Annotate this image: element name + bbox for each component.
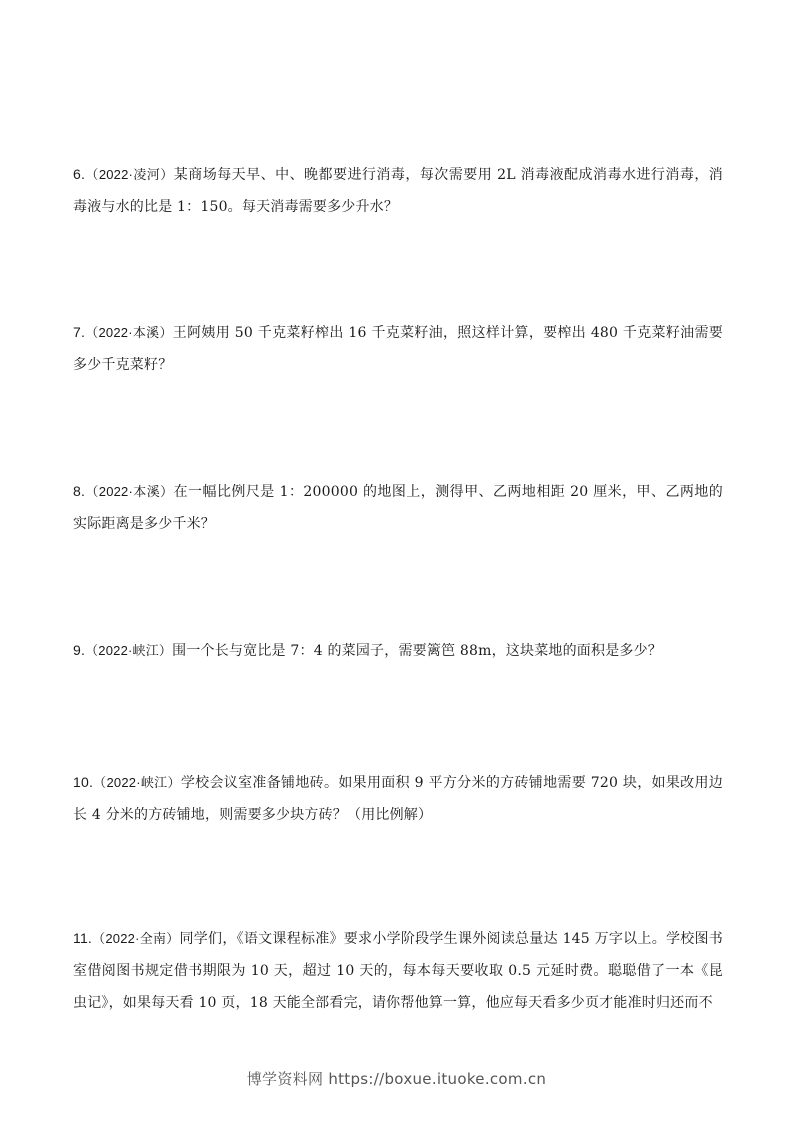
question-number: 6. [73, 166, 85, 182]
question-text: 围一个长与宽比是 7：4 的菜园子，需要篱笆 88m，这块菜地的面积是多少？ [172, 643, 662, 659]
question-9: 9.（2022·峡江）围一个长与宽比是 7：4 的菜园子，需要篱笆 88m，这块… [73, 634, 723, 667]
document-page: 6.（2022·凌河）某商场每天早、中、晚都要进行消毒，每次需要用 2L 消毒液… [0, 0, 793, 1122]
question-11: 11.（2022·全南）同学们，《语文课程标准》要求小学阶段学生课外阅读总量达 … [73, 922, 723, 1019]
question-source: （2022·本溪） [85, 325, 173, 340]
question-number: 7. [73, 324, 85, 340]
question-source: （2022·本溪） [85, 484, 174, 499]
question-source: （2022·全南） [92, 931, 179, 946]
question-number: 11. [73, 930, 92, 946]
question-number: 9. [73, 642, 85, 658]
question-8: 8.（2022·本溪）在一幅比例尺是 1：200000 的地图上，测得甲、乙两地… [73, 475, 723, 540]
question-6: 6.（2022·凌河）某商场每天早、中、晚都要进行消毒，每次需要用 2L 消毒液… [73, 158, 723, 223]
question-number: 8. [73, 483, 85, 499]
question-number: 10. [73, 774, 93, 790]
question-7: 7.（2022·本溪）王阿姨用 50 千克菜籽榨出 16 千克菜籽油，照这样计算… [73, 316, 723, 381]
question-10: 10.（2022·峡江）学校会议室准备铺地砖。如果用面积 9 平方分米的方砖铺地… [73, 766, 723, 831]
footer-watermark: 博学资料网 https://boxue.ituoke.com.cn [0, 1068, 793, 1089]
question-source: （2022·凌河） [85, 167, 174, 182]
question-source: （2022·峡江） [85, 643, 172, 658]
question-source: （2022·峡江） [93, 775, 181, 790]
